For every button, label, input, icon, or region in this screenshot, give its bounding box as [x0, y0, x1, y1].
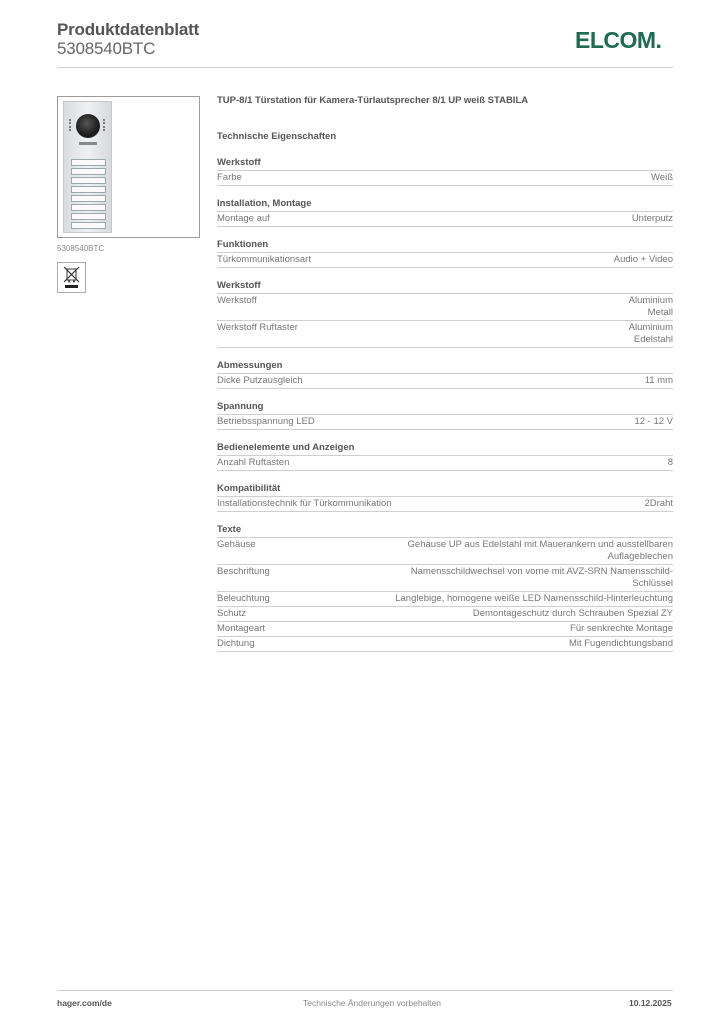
product-name: TUP-8/1 Türstation für Kamera-Türlautspr…: [217, 95, 673, 109]
elcom-logo: ELCOM.: [575, 27, 661, 54]
spec-row: DichtungMit Fugendichtungsband: [217, 637, 673, 652]
section-title: Spannung: [217, 401, 673, 415]
spec-value: Unterputz: [632, 213, 673, 225]
spec-section: SpannungBetriebsspannung LED12 - 12 V: [217, 401, 673, 430]
spec-label: Türkommunikationsart: [217, 254, 311, 266]
section-title: Kompatibilität: [217, 483, 673, 497]
spec-value: 2Draht: [644, 498, 673, 510]
call-button-icon: [71, 186, 106, 193]
spec-label: Dicke Putzausgleich: [217, 375, 303, 387]
spec-row: GehäuseGehäuse UP aus Edelstahl mit Maue…: [217, 538, 673, 565]
spec-label: Montage auf: [217, 213, 270, 225]
section-title: Texte: [217, 524, 673, 538]
section-title: Werkstoff: [217, 157, 673, 171]
spec-value: Langlebige, homogene weiße LED Namenssch…: [395, 593, 673, 605]
call-button-icon: [71, 159, 106, 166]
spec-section: TexteGehäuseGehäuse UP aus Edelstahl mit…: [217, 524, 673, 652]
call-button-icon: [71, 195, 106, 202]
section-title: Bedienelemente und Anzeigen: [217, 442, 673, 456]
spec-value: Audio + Video: [614, 254, 673, 266]
spec-value: 12 - 12 V: [634, 416, 673, 428]
image-caption: 5308540BTC: [57, 244, 104, 253]
camera-lens-icon: [76, 114, 100, 138]
spec-label: Gehäuse: [217, 539, 256, 563]
spec-row: Installationstechnik für Türkommunikatio…: [217, 497, 673, 512]
spec-value: Namensschildwechsel von vorne mit AVZ-SR…: [383, 566, 673, 590]
spec-label: Werkstoff: [217, 295, 257, 319]
door-station-panel-icon: [63, 101, 112, 233]
spec-row: BeleuchtungLanglebige, homogene weiße LE…: [217, 592, 673, 607]
spec-row: Montage aufUnterputz: [217, 212, 673, 227]
spec-section: WerkstoffWerkstoffAluminium MetallWerkst…: [217, 280, 673, 348]
call-button-icon: [71, 213, 106, 220]
spec-label: Montageart: [217, 623, 265, 635]
header-divider: [57, 67, 673, 68]
footer-website: hager.com/de: [57, 998, 112, 1008]
spec-section: Installation, MontageMontage aufUnterput…: [217, 198, 673, 227]
section-title: Funktionen: [217, 239, 673, 253]
call-button-icon: [71, 168, 106, 175]
spec-label: Anzahl Ruftasten: [217, 457, 289, 469]
spec-label: Installationstechnik für Türkommunikatio…: [217, 498, 392, 510]
spec-value: Aluminium Metall: [629, 295, 673, 319]
spec-value: Aluminium Edelstahl: [629, 322, 673, 346]
section-title: Abmessungen: [217, 360, 673, 374]
weee-crossed-bin-icon: [57, 262, 86, 293]
spec-value: Für senkrechte Montage: [570, 623, 673, 635]
spec-value: Weiß: [651, 172, 673, 184]
spec-label: Betriebsspannung LED: [217, 416, 315, 428]
spec-value: Demontageschutz durch Schrauben Spezial …: [473, 608, 673, 620]
spec-row: WerkstoffAluminium Metall: [217, 294, 673, 321]
spec-sections: WerkstoffFarbeWeißInstallation, MontageM…: [217, 157, 673, 652]
spec-label: Beleuchtung: [217, 593, 270, 605]
spec-row: BeschriftungNamensschildwechsel von vorn…: [217, 565, 673, 592]
section-title: Installation, Montage: [217, 198, 673, 212]
spec-value: Mit Fugendichtungsband: [569, 638, 673, 650]
spec-section: Bedienelemente und AnzeigenAnzahl Ruftas…: [217, 442, 673, 471]
footer-divider: [57, 990, 673, 991]
section-title: Werkstoff: [217, 280, 673, 294]
spec-row: Betriebsspannung LED12 - 12 V: [217, 415, 673, 430]
call-button-icon: [71, 177, 106, 184]
spec-label: Farbe: [217, 172, 242, 184]
spec-value: 8: [668, 457, 673, 469]
speaker-grille-icon: [69, 119, 76, 131]
spec-label: Dichtung: [217, 638, 255, 650]
spec-row: Werkstoff RuftasterAluminium Edelstahl: [217, 321, 673, 348]
spec-section: WerkstoffFarbeWeiß: [217, 157, 673, 186]
spec-value: Gehäuse UP aus Edelstahl mit Maueranker​…: [383, 539, 673, 563]
spec-row: TürkommunikationsartAudio + Video: [217, 253, 673, 268]
technical-properties-heading: Technische Eigenschaften: [217, 131, 673, 145]
spec-label: Beschriftung: [217, 566, 270, 590]
article-number: 5308540BTC: [57, 39, 155, 59]
spec-label: Werkstoff Ruftaster: [217, 322, 298, 346]
speaker-grille-icon: [103, 119, 110, 131]
spec-section: KompatibilitätInstallationstechnik für T…: [217, 483, 673, 512]
product-details: TUP-8/1 Türstation für Kamera-Türlautspr…: [217, 95, 673, 652]
spec-row: Anzahl Ruftasten8: [217, 456, 673, 471]
spec-value: 11 mm: [645, 375, 673, 387]
spec-row: SchutzDemontageschutz durch Schrauben Sp…: [217, 607, 673, 622]
spec-label: Schutz: [217, 608, 246, 620]
footer-date: 10.12.2025: [629, 998, 672, 1008]
call-button-icon: [71, 204, 106, 211]
camera-label: [79, 142, 97, 145]
call-button-icon: [71, 222, 106, 229]
spec-row: Dicke Putzausgleich11 mm: [217, 374, 673, 389]
spec-section: AbmessungenDicke Putzausgleich11 mm: [217, 360, 673, 389]
document-title: Produktdatenblatt: [57, 20, 199, 40]
product-image: [57, 96, 200, 238]
spec-row: MontageartFür senkrechte Montage: [217, 622, 673, 637]
footer-disclaimer: Technische Änderungen vorbehalten: [303, 998, 441, 1008]
spec-row: FarbeWeiß: [217, 171, 673, 186]
spec-section: FunktionenTürkommunikationsartAudio + Vi…: [217, 239, 673, 268]
